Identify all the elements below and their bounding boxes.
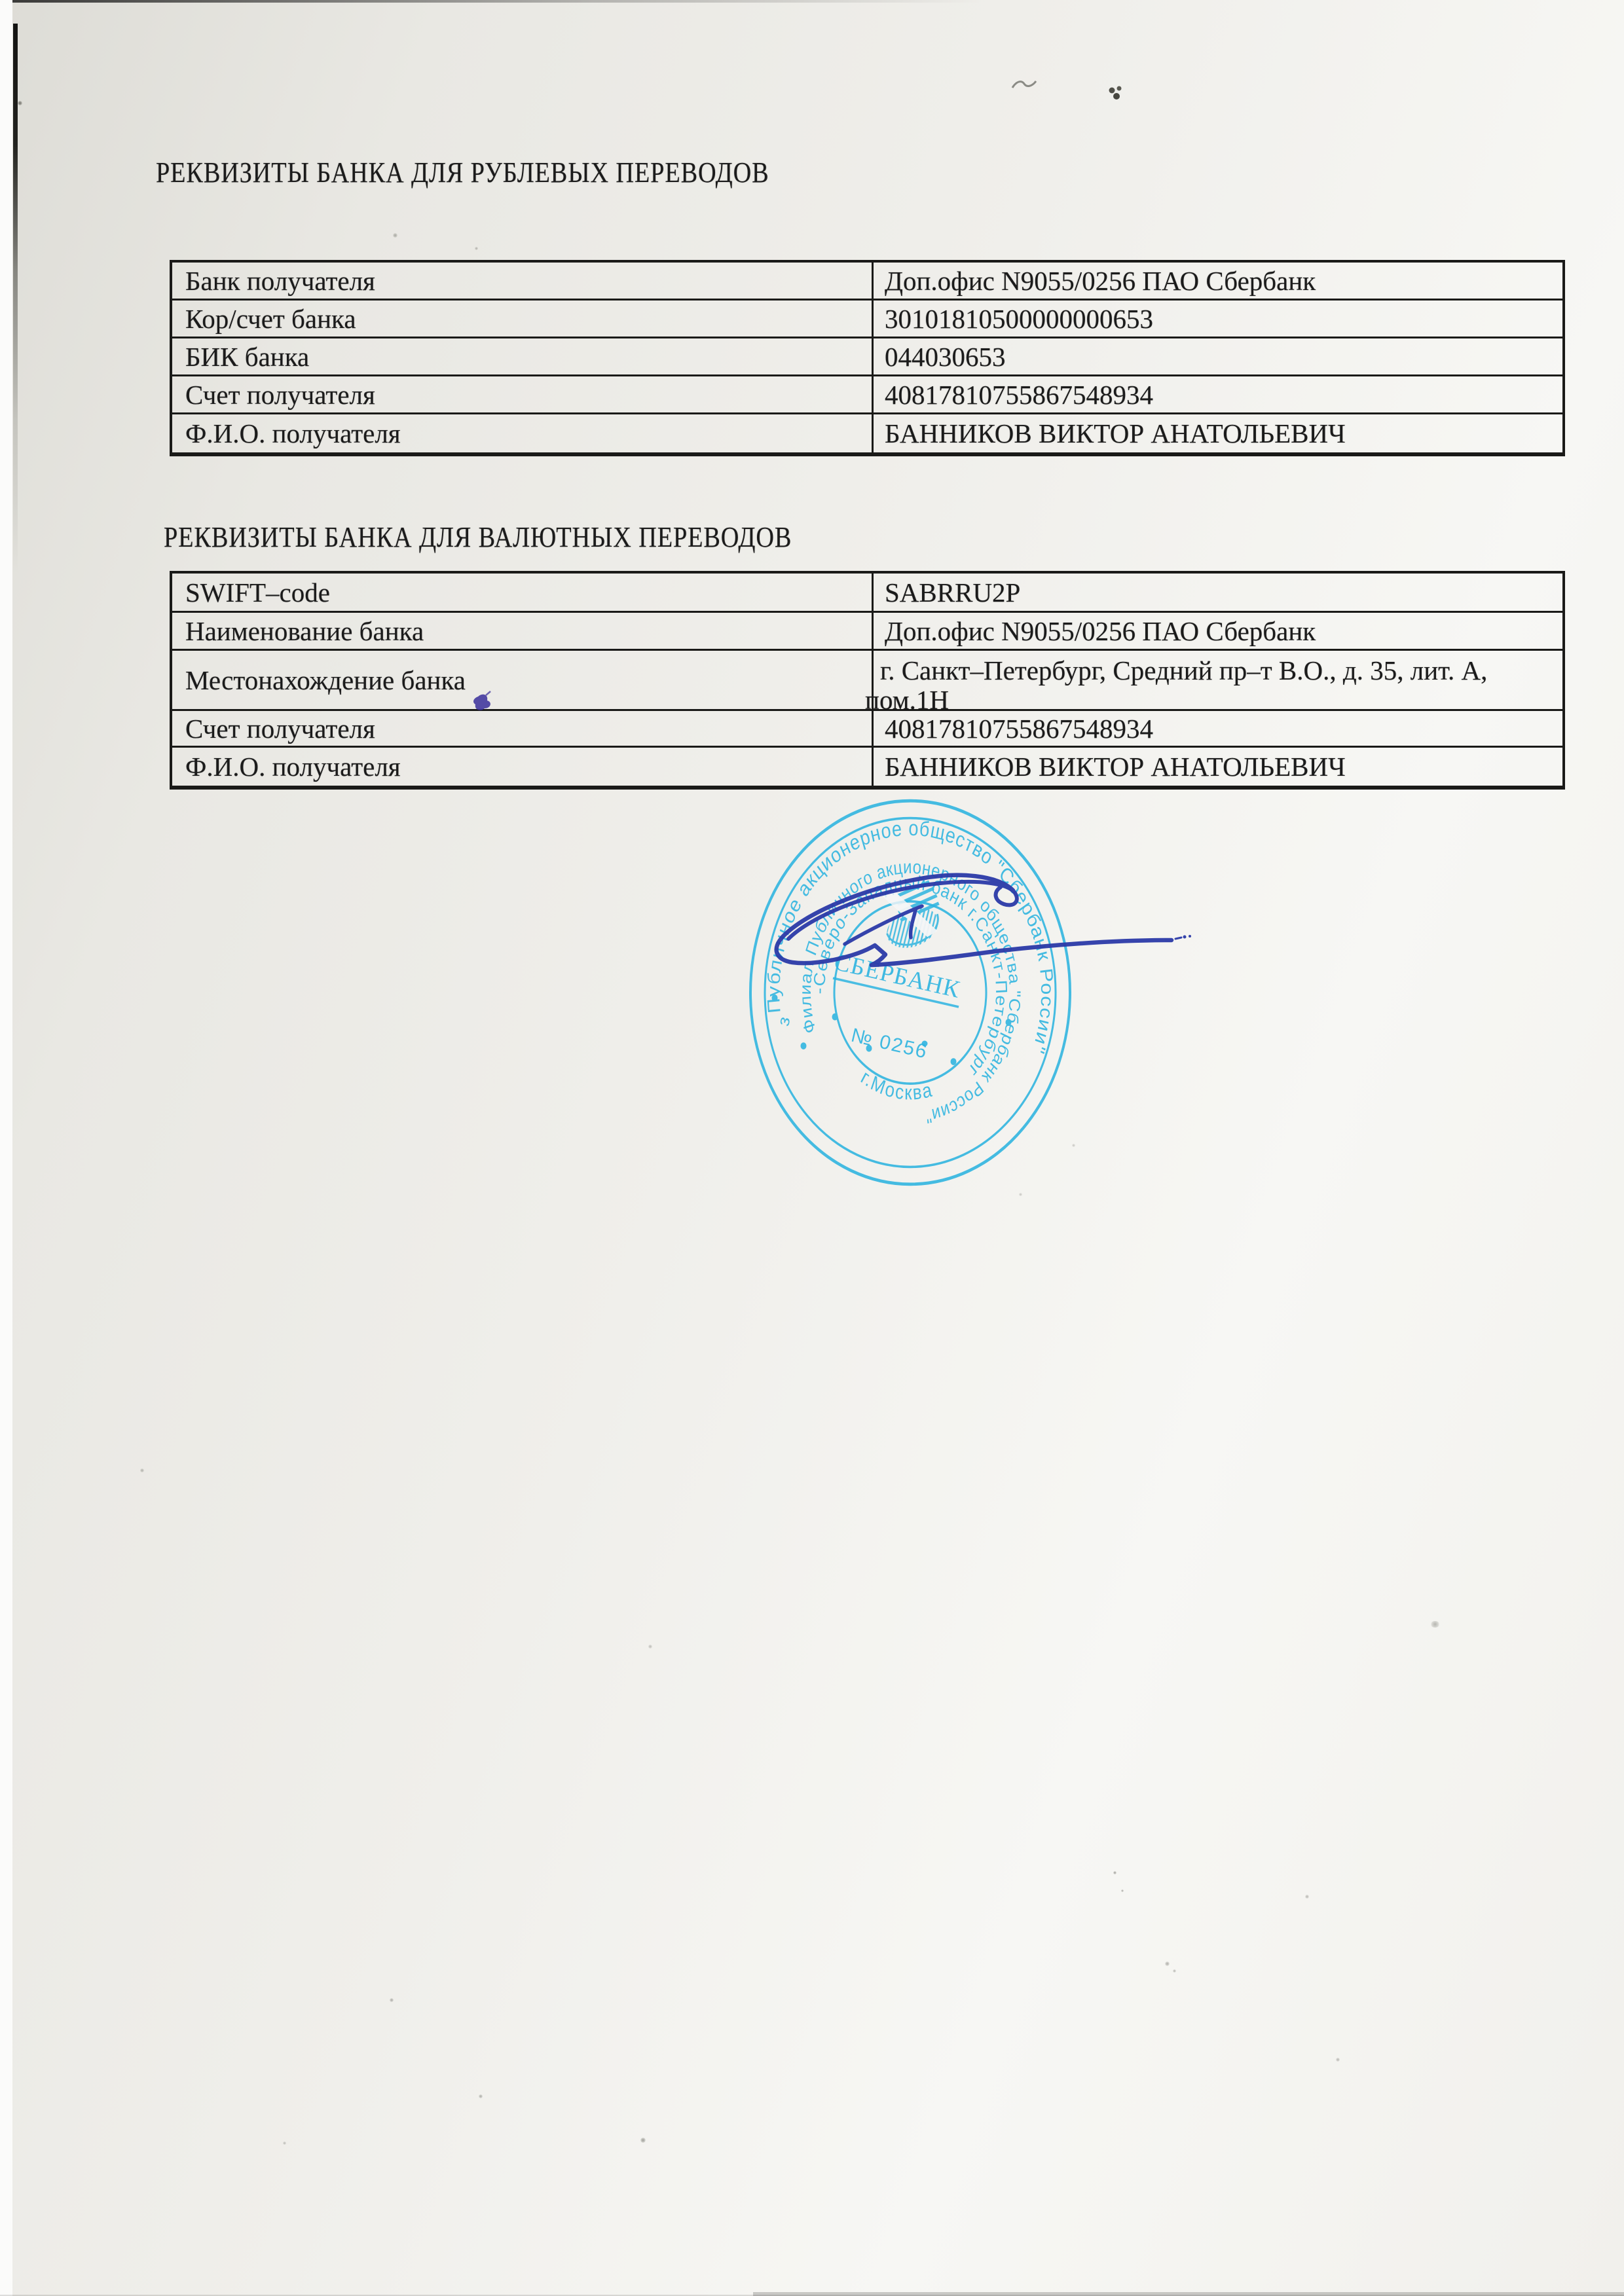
scan-top-edge-artifact: [0, 0, 982, 3]
row-label: Счет получателя: [172, 376, 874, 412]
table-row: Счет получателя 40817810755867548934: [172, 711, 1562, 748]
dust-speck: [1113, 1871, 1116, 1874]
stamp-dot: [922, 1041, 928, 1047]
stamp-dot: [801, 1042, 807, 1049]
dust-speck: [140, 1468, 144, 1472]
stamp-office-number: № 0256: [849, 1025, 930, 1063]
dust-speck: [390, 1998, 394, 2002]
row-value: БАННИКОВ ВИКТОР АНАТОЛЬЕВИЧ: [874, 418, 1562, 449]
stamp-dot: [951, 1058, 957, 1065]
row-value: SABRRU2P: [874, 577, 1562, 608]
row-label: Счет получателя: [172, 711, 874, 746]
pencil-squiggle-mark: [1011, 76, 1037, 93]
ink-fleck-mark: [1107, 84, 1126, 103]
table-row: Ф.И.О. получателя БАННИКОВ ВИКТОР АНАТОЛ…: [172, 414, 1562, 452]
table-row: БИК банка 044030653: [172, 338, 1562, 376]
table-row: Счет получателя 40817810755867548934: [172, 376, 1562, 414]
row-value: 044030653: [874, 341, 1562, 373]
stamp-city-text: г.Москва: [857, 1066, 934, 1104]
stamp-dot: [832, 1013, 838, 1021]
stamp-dot: [1006, 1019, 1012, 1026]
row-label: БИК банка: [172, 338, 874, 374]
dust-speck: [1165, 1961, 1170, 1966]
row-label: Кор/счет банка: [172, 301, 874, 337]
row-value: Доп.офис N9055/0256 ПАО Сбербанк: [874, 265, 1562, 297]
table-row: Кор/счет банка 30101810500000000653: [172, 301, 1562, 338]
table-row: Банк получателя Доп.офис N9055/0256 ПАО …: [172, 263, 1562, 301]
section-title-ruble: РЕКВИЗИТЫ БАНКА ДЛЯ РУБЛЕВЫХ ПЕРЕВОДОВ: [156, 156, 769, 189]
row-label: Ф.И.О. получателя: [172, 414, 874, 452]
dust-speck: [393, 233, 397, 238]
dust-speck: [475, 247, 478, 250]
dust-speck: [640, 2138, 646, 2143]
dust-speck: [1336, 2058, 1340, 2062]
dust-speck: [1173, 1969, 1176, 1973]
bank-stamp-and-signature: Публичное акционерное общество "Сбербанк…: [707, 753, 1218, 1224]
row-value: 40817810755867548934: [874, 379, 1562, 410]
scan-left-edge-line: [13, 24, 18, 574]
row-value: 40817810755867548934: [874, 713, 1562, 744]
row-value-line1: г. Санкт–Петербург, Средний пр–т В.О., д…: [874, 656, 1562, 685]
scanned-document-page: РЕКВИЗИТЫ БАНКА ДЛЯ РУБЛЕВЫХ ПЕРЕВОДОВ Р…: [0, 0, 1624, 2296]
scan-left-margin: [0, 0, 12, 2296]
ink-blot: [469, 690, 496, 719]
dust-speck: [1305, 1895, 1309, 1899]
row-label: Наименование банка: [172, 613, 874, 649]
row-label: Местонахождение банка: [172, 651, 874, 709]
stamp-dot: [772, 994, 778, 1002]
row-label: Банк получателя: [172, 263, 874, 299]
table-row: Наименование банка Доп.офис N9055/0256 П…: [172, 613, 1562, 651]
bank-details-table-ruble: Банк получателя Доп.офис N9055/0256 ПАО …: [170, 260, 1565, 456]
table-row: Местонахождение банка г. Санкт–Петербург…: [172, 651, 1562, 711]
dust-speck: [283, 2141, 286, 2145]
stamp-side-mark: з: [774, 1015, 794, 1028]
dust-speck: [648, 1645, 652, 1649]
row-value: 30101810500000000653: [874, 303, 1562, 335]
dust-speck: [18, 101, 22, 105]
dust-speck: [479, 2094, 483, 2098]
section-title-currency: РЕКВИЗИТЫ БАНКА ДЛЯ ВАЛЮТНЫХ ПЕРЕВОДОВ: [164, 520, 792, 554]
table-row: SWIFT–code SABRRU2P: [172, 574, 1562, 613]
row-label: SWIFT–code: [172, 574, 874, 611]
dust-speck: [1121, 1889, 1124, 1892]
row-value: Доп.офис N9055/0256 ПАО Сбербанк: [874, 615, 1562, 647]
dust-speck: [1430, 1621, 1440, 1628]
